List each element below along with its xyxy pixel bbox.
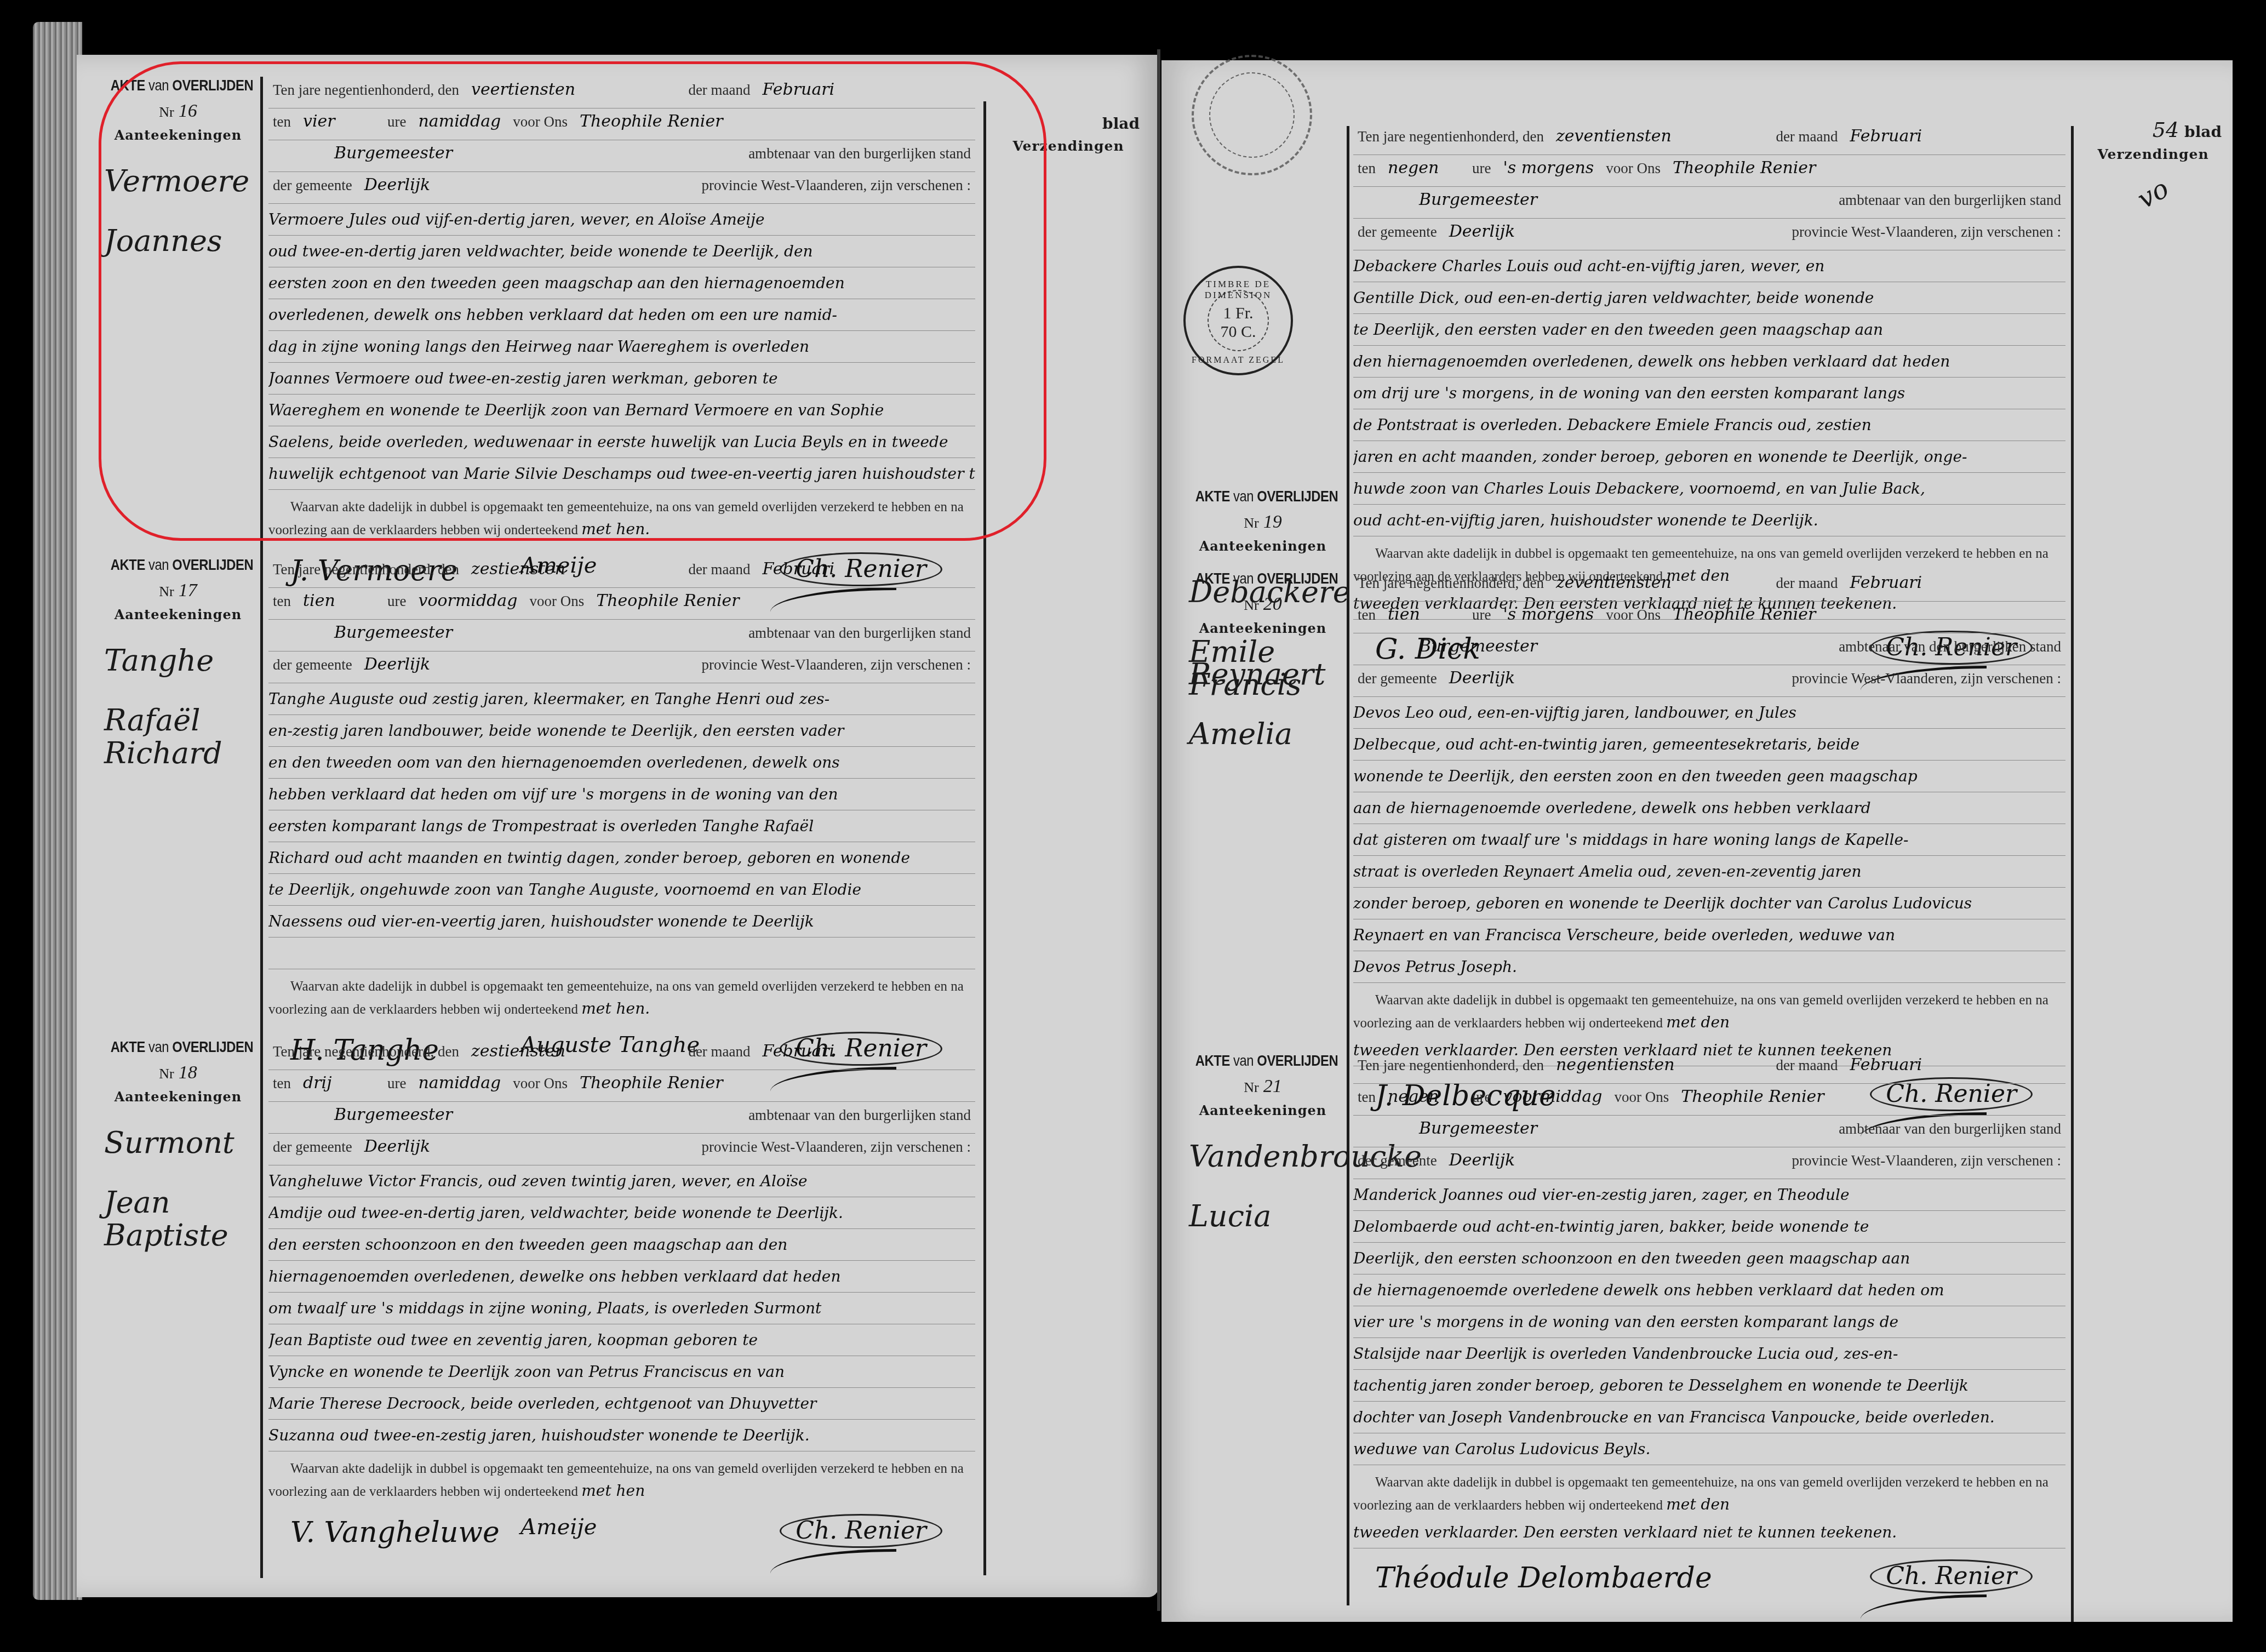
margin-column-rule-right bbox=[1347, 126, 1349, 1605]
entry-number: Nr16 bbox=[99, 101, 257, 122]
declaration-line: Saelens, beide overleden, weduwenaar in … bbox=[268, 426, 975, 458]
time-line: tennegenurevoormiddagvoor OnsTheophile R… bbox=[1353, 1084, 2065, 1116]
title-line: Burgemeesterambtenaar van den burgerlijk… bbox=[1353, 187, 2065, 219]
part-of-day-value: 's morgens bbox=[1495, 155, 1601, 181]
declaration-line: Deerlijk, den eersten schoonzoon en den … bbox=[1353, 1243, 2065, 1274]
title-line: Burgemeesterambtenaar van den burgerlijk… bbox=[1353, 1116, 2065, 1147]
official-title: Burgemeester bbox=[1353, 187, 1834, 213]
declaration-line: huwde zoon van Charles Louis Debackere, … bbox=[1353, 473, 2065, 505]
gemeente-line: der gemeenteDeerlijkprovincie West-Vlaan… bbox=[268, 1134, 975, 1165]
official-title: Burgemeester bbox=[1353, 1116, 1834, 1142]
declaration-line: Tanghe Auguste oud zestig jaren, kleerma… bbox=[268, 683, 975, 715]
closing-statement: Waarvan akte dadelijk in dubbel is opgem… bbox=[1353, 1472, 2065, 1517]
declaration-line: Vermoere Jules oud vijf-en-dertig jaren,… bbox=[268, 204, 975, 236]
declaration-line: aan de hiernagenoemde overledene, dewelk… bbox=[1353, 792, 2065, 824]
declaration-text: Debackere Charles Louis oud acht-en-vijf… bbox=[1353, 250, 2065, 536]
closing-statement: Waarvan akte dadelijk in dubbel is opgem… bbox=[268, 1458, 975, 1503]
deceased-given-name: Lucia bbox=[1189, 1200, 1342, 1232]
declaration-line: Marie Therese Decroock, beide overleden,… bbox=[268, 1388, 975, 1420]
declaration-line: Delombaerde oud acht-en-twintig jaren, b… bbox=[1353, 1211, 2065, 1243]
declaration-line bbox=[268, 938, 975, 969]
entry-number: Nr20 bbox=[1183, 594, 1342, 615]
declaration-line: straat is overleden Reynaert Amelia oud,… bbox=[1353, 856, 2065, 888]
official-name: Theophile Renier bbox=[1665, 602, 2065, 628]
declaration-line: jaren en acht maanden, zonder beroep, ge… bbox=[1353, 441, 2065, 473]
declaration-text: Vangheluwe Victor Francis, oud zeven twi… bbox=[268, 1165, 975, 1451]
deceased-surname: Vermoere bbox=[104, 165, 257, 197]
declaration-line: den eersten schoonzoon en den tweeden ge… bbox=[268, 1229, 975, 1261]
title-line: Burgemeesterambtenaar van den burgerlijk… bbox=[268, 140, 975, 172]
deceased-surname: Surmont bbox=[104, 1127, 257, 1159]
gemeente-value: Deerlijk bbox=[1441, 219, 1788, 245]
deceased-given-name: Jean Baptiste bbox=[104, 1186, 257, 1251]
time-line: tendrijurenamiddagvoor OnsTheophile Reni… bbox=[268, 1070, 975, 1102]
deceased-surname: Vandenbroucke bbox=[1189, 1140, 1342, 1173]
hour-value: drij bbox=[295, 1070, 383, 1096]
declaration-line: Debackere Charles Louis oud acht-en-vijf… bbox=[1353, 250, 2065, 282]
signatures: V. Vangheluwe Ameije Ch. Renier bbox=[268, 1503, 975, 1585]
verzendingen-mark: vo bbox=[2132, 173, 2175, 215]
declaration-line: Suzanna oud twee-en-zestig jaren, huisho… bbox=[268, 1420, 975, 1451]
deceased-given-name: Joannes bbox=[104, 225, 257, 257]
aanteekeningen-label: Aanteekeningen bbox=[99, 127, 257, 143]
date-line: Ten jare negentienhonderd, denzeventiens… bbox=[1353, 123, 2065, 155]
part-of-day-value: namiddag bbox=[410, 108, 508, 135]
declaration-line: Amdije oud twee-en-dertig jaren, veldwac… bbox=[268, 1197, 975, 1229]
day-value: zestiensten bbox=[463, 556, 684, 582]
declaration-line: dat gisteren om twaalf ure 's middags in… bbox=[1353, 824, 2065, 856]
declaration-line: Waereghem en wonende te Deerlijk zoon va… bbox=[268, 395, 975, 426]
entry-margin: AKTE van OVERLIJDEN Nr20 Aanteekeningen … bbox=[1183, 570, 1342, 778]
aanteekeningen-label: Aanteekeningen bbox=[1183, 620, 1342, 636]
deceased-name: Vermoere Joannes bbox=[99, 165, 257, 258]
closing-statement: Waarvan akte dadelijk in dubbel is opgem… bbox=[268, 496, 975, 541]
gemeente-line: der gemeenteDeerlijkprovincie West-Vlaan… bbox=[1353, 1147, 2065, 1179]
right-verzendingen-header: 54blad Verzendingen vo bbox=[2074, 118, 2233, 209]
official-signature: Ch. Renier bbox=[1870, 1559, 2033, 1593]
declaration-line: weduwe van Carolus Ludovicus Beyls. bbox=[1353, 1433, 2065, 1465]
tax-stamp: TIMBRE DE DIMENSION 1 Fr.70 C. FORMAAT Z… bbox=[1183, 266, 1293, 375]
declaration-line: de hiernagenoemde overledene dewelk ons … bbox=[1353, 1274, 2065, 1306]
declaration-line: Manderick Joannes oud vier-en-zestig jar… bbox=[1353, 1179, 2065, 1211]
declaration-line: Joannes Vermoere oud twee-en-zestig jare… bbox=[268, 363, 975, 395]
closing-statement: Waarvan akte dadelijk in dubbel is opgem… bbox=[1353, 990, 2065, 1034]
declaration-line: dochter van Joseph Vandenbroucke en van … bbox=[1353, 1402, 2065, 1433]
declaration-line: Delbecque, oud acht-en-twintig jaren, ge… bbox=[1353, 729, 2065, 761]
akte-label: AKTE van OVERLIJDEN bbox=[1195, 570, 1331, 587]
verzendingen-column-rule bbox=[983, 101, 986, 1575]
gemeente-value: Deerlijk bbox=[357, 172, 697, 198]
akte-label: AKTE van OVERLIJDEN bbox=[111, 1038, 246, 1056]
declaration-line: Richard oud acht maanden en twintig dage… bbox=[268, 842, 975, 874]
declaration-line: en-zestig jaren landbouwer, beide wonend… bbox=[268, 715, 975, 747]
day-value: zeventiensten bbox=[1548, 123, 1771, 150]
month-value: Februari bbox=[1842, 123, 2065, 150]
closing-extra: tweeden verklaarder. Den eersten verklaa… bbox=[1353, 1517, 2065, 1548]
margin-column-rule bbox=[260, 77, 263, 1578]
left-verzendingen-header: blad Verzendingen bbox=[986, 110, 1151, 154]
declaration-line: den hiernagenoemden overledenen, dewelk … bbox=[1353, 346, 2065, 378]
entry-body: Ten jare negentienhonderd, dennegentiens… bbox=[1353, 1052, 2065, 1631]
declaration-line: te Deerlijk, den eersten vader en den tw… bbox=[1353, 314, 2065, 346]
part-of-day-value: voormiddag bbox=[1495, 1084, 1610, 1110]
official-signature: Ch. Renier bbox=[780, 1514, 942, 1548]
part-of-day-value: voormiddag bbox=[410, 588, 525, 614]
akte-label: AKTE van OVERLIJDEN bbox=[1195, 488, 1331, 505]
deceased-surname: Tanghe bbox=[104, 644, 257, 677]
entry-margin: AKTE van OVERLIJDEN Nr21 Aanteekeningen … bbox=[1183, 1052, 1342, 1260]
declaration-line: te Deerlijk, ongehuwde zoon van Tanghe A… bbox=[268, 874, 975, 906]
declaration-line: huwelijk echtgenoot van Marie Silvie Des… bbox=[268, 458, 975, 490]
official-title: Burgemeester bbox=[268, 620, 744, 646]
entry-number: Nr18 bbox=[99, 1062, 257, 1083]
entry-number: Nr21 bbox=[1183, 1076, 1342, 1097]
verzendingen-label-right: Verzendingen bbox=[2074, 146, 2233, 162]
official-name: Theophile Renier bbox=[572, 1070, 975, 1096]
declaration-text: Vermoere Jules oud vijf-en-dertig jaren,… bbox=[268, 204, 975, 490]
declaration-line: vier ure 's morgens in de woning van den… bbox=[1353, 1306, 2065, 1338]
month-value: Februari bbox=[755, 77, 975, 103]
aanteekeningen-label: Aanteekeningen bbox=[1183, 538, 1342, 554]
gemeente-line: der gemeenteDeerlijkprovincie West-Vlaan… bbox=[268, 651, 975, 683]
date-line: Ten jare negentienhonderd, denzeventiens… bbox=[1353, 570, 2065, 602]
aanteekeningen-label: Aanteekeningen bbox=[99, 607, 257, 622]
witness-signature-1: V. Vangheluwe bbox=[290, 1519, 500, 1546]
book-page-edges bbox=[33, 22, 82, 1600]
gemeente-line: der gemeenteDeerlijkprovincie West-Vlaan… bbox=[1353, 665, 2065, 697]
month-value: Februari bbox=[755, 556, 975, 582]
declaration-line: Vangheluwe Victor Francis, oud zeven twi… bbox=[268, 1165, 975, 1197]
hour-value: negen bbox=[1380, 1084, 1468, 1110]
declaration-line: Gentille Dick, oud een-en-dertig jaren v… bbox=[1353, 282, 2065, 314]
declaration-line: Devos Petrus Joseph. bbox=[1353, 951, 2065, 983]
entry-margin: AKTE van OVERLIJDEN Nr17 Aanteekeningen … bbox=[99, 556, 257, 797]
month-value: Februari bbox=[1842, 570, 2065, 596]
date-line: Ten jare negentienhonderd, denveertienst… bbox=[268, 77, 975, 108]
declaration-line: Devos Leo oud, een-en-vijftig jaren, lan… bbox=[1353, 697, 2065, 729]
blad-label: blad bbox=[986, 110, 1151, 134]
municipal-seal-stamp bbox=[1192, 55, 1312, 175]
day-value: veertiensten bbox=[463, 77, 684, 103]
entry-number: Nr17 bbox=[99, 580, 257, 601]
entry-margin: AKTE van OVERLIJDEN Nr18 Aanteekeningen … bbox=[99, 1038, 257, 1279]
blad-label-right: 54blad bbox=[2074, 118, 2233, 142]
verzendingen-label: Verzendingen bbox=[986, 138, 1151, 154]
akte-label: AKTE van OVERLIJDEN bbox=[1195, 1052, 1331, 1070]
declaration-line: wonende te Deerlijk, den eersten zoon en… bbox=[1353, 761, 2065, 792]
declaration-text: Tanghe Auguste oud zestig jaren, kleerma… bbox=[268, 683, 975, 969]
month-value: Februari bbox=[1842, 1052, 2065, 1078]
time-line: tennegenure's morgensvoor OnsTheophile R… bbox=[1353, 155, 2065, 187]
witness-signature-1: Théodule Delombaerde bbox=[1375, 1565, 1712, 1591]
time-line: tentienure's morgensvoor OnsTheophile Re… bbox=[1353, 602, 2065, 633]
declaration-line: oud acht-en-vijftig jaren, huishoudster … bbox=[1353, 505, 2065, 536]
gemeente-value: Deerlijk bbox=[1441, 1147, 1788, 1174]
day-value: zestiensten bbox=[463, 1038, 684, 1065]
day-value: negentiensten bbox=[1548, 1052, 1771, 1078]
deceased-name: Reynaert Amelia bbox=[1183, 658, 1342, 751]
entry-body: Ten jare negentienhonderd, denzestienste… bbox=[268, 1038, 975, 1585]
declaration-line: hebben verklaard dat heden om vijf ure '… bbox=[268, 779, 975, 810]
declaration-text: Manderick Joannes oud vier-en-zestig jar… bbox=[1353, 1179, 2065, 1465]
deceased-given-name: Rafaël Richard bbox=[104, 704, 257, 769]
akte-label: AKTE van OVERLIJDEN bbox=[111, 556, 246, 574]
title-line: Burgemeesterambtenaar van den burgerlijk… bbox=[268, 1102, 975, 1134]
declaration-line: Reynaert en van Francisca Verscheure, be… bbox=[1353, 919, 2065, 951]
declaration-line: om twaalf ure 's middags in zijne woning… bbox=[268, 1293, 975, 1324]
declaration-line: dag in zijne woning langs den Heirweg na… bbox=[268, 331, 975, 363]
entry-body: Ten jare negentienhonderd, denzestienste… bbox=[268, 556, 975, 1103]
book-gutter bbox=[1157, 49, 1160, 1611]
official-name: Theophile Renier bbox=[1665, 155, 2065, 181]
title-line: Burgemeesterambtenaar van den burgerlijk… bbox=[1353, 633, 2065, 665]
closing-statement: Waarvan akte dadelijk in dubbel is opgem… bbox=[268, 976, 975, 1021]
title-line: Burgemeesterambtenaar van den burgerlijk… bbox=[268, 620, 975, 651]
entry-body: Ten jare negentienhonderd, denveertienst… bbox=[268, 77, 975, 624]
declaration-line: de Pontstraat is overleden. Debackere Em… bbox=[1353, 409, 2065, 441]
entry-margin: AKTE van OVERLIJDEN Nr16 Aanteekeningen … bbox=[99, 77, 257, 285]
declaration-line: Jean Baptiste oud twee en zeventig jaren… bbox=[268, 1324, 975, 1356]
gemeente-value: Deerlijk bbox=[357, 1134, 697, 1160]
hour-value: tien bbox=[1380, 602, 1468, 628]
official-title: Burgemeester bbox=[268, 1102, 744, 1128]
date-line: Ten jare negentienhonderd, denzestienste… bbox=[268, 556, 975, 588]
declaration-line: eersten komparant langs de Trompestraat … bbox=[268, 810, 975, 842]
part-of-day-value: namiddag bbox=[410, 1070, 508, 1096]
hour-value: negen bbox=[1380, 155, 1468, 181]
declaration-line: eersten zoon en den tweeden geen maagsch… bbox=[268, 267, 975, 299]
declaration-line: overledenen, dewelk ons hebben verklaard… bbox=[268, 299, 975, 331]
aanteekeningen-label: Aanteekeningen bbox=[1183, 1102, 1342, 1118]
gemeente-value: Deerlijk bbox=[357, 651, 697, 678]
declaration-text: Devos Leo oud, een-en-vijftig jaren, lan… bbox=[1353, 697, 2065, 983]
time-line: tenvierurenamiddagvoor OnsTheophile Reni… bbox=[268, 108, 975, 140]
deceased-surname: Reynaert bbox=[1189, 658, 1342, 690]
hour-value: tien bbox=[295, 588, 383, 614]
gemeente-value: Deerlijk bbox=[1441, 665, 1788, 691]
aanteekeningen-label: Aanteekeningen bbox=[99, 1089, 257, 1105]
gemeente-line: der gemeenteDeerlijkprovincie West-Vlaan… bbox=[268, 172, 975, 204]
declaration-line: Naessens oud vier-en-veertig jaren, huis… bbox=[268, 906, 975, 938]
day-value: zeventiensten bbox=[1548, 570, 1771, 596]
declaration-line: oud twee-en-dertig jaren veldwachter, be… bbox=[268, 236, 975, 267]
official-name: Theophile Renier bbox=[588, 588, 975, 614]
month-value: Februari bbox=[755, 1038, 975, 1065]
declaration-line: om drij ure 's morgens, in de woning van… bbox=[1353, 378, 2065, 409]
declaration-line: hiernagenoemden overledenen, dewelke ons… bbox=[268, 1261, 975, 1293]
deceased-name: Surmont Jean Baptiste bbox=[99, 1127, 257, 1251]
official-title: Burgemeester bbox=[1353, 633, 1834, 660]
akte-label: AKTE van OVERLIJDEN bbox=[111, 77, 246, 94]
declaration-line: zonder beroep, geboren en wonende te Dee… bbox=[1353, 888, 2065, 919]
part-of-day-value: 's morgens bbox=[1495, 602, 1601, 628]
witness-signature-2: Ameije bbox=[520, 1514, 597, 1540]
gemeente-line: der gemeenteDeerlijkprovincie West-Vlaan… bbox=[1353, 219, 2065, 250]
verzendingen-column-rule-right bbox=[2071, 126, 2074, 1622]
declaration-line: tachentig jaren zonder beroep, geboren t… bbox=[1353, 1370, 2065, 1402]
entry-number: Nr19 bbox=[1183, 512, 1342, 533]
declaration-line: en den tweeden oom van den hiernagenoemd… bbox=[268, 747, 975, 779]
declaration-line: Vyncke en wonende te Deerlijk zoon van P… bbox=[268, 1356, 975, 1388]
declaration-line: Stalsijde naar Deerlijk is overleden Van… bbox=[1353, 1338, 2065, 1370]
date-line: Ten jare negentienhonderd, dennegentiens… bbox=[1353, 1052, 2065, 1084]
hour-value: vier bbox=[295, 108, 383, 135]
signatures: Théodule Delombaerde Ch. Renier bbox=[1353, 1548, 2065, 1631]
official-name: Theophile Renier bbox=[1673, 1084, 2065, 1110]
time-line: tentienurevoormiddagvoor OnsTheophile Re… bbox=[268, 588, 975, 620]
official-name: Theophile Renier bbox=[572, 108, 975, 135]
deceased-given-name: Amelia bbox=[1189, 718, 1342, 750]
date-line: Ten jare negentienhonderd, denzestienste… bbox=[268, 1038, 975, 1070]
official-title: Burgemeester bbox=[268, 140, 744, 167]
deceased-name: Vandenbroucke Lucia bbox=[1183, 1140, 1342, 1233]
deceased-name: Tanghe Rafaël Richard bbox=[99, 644, 257, 769]
